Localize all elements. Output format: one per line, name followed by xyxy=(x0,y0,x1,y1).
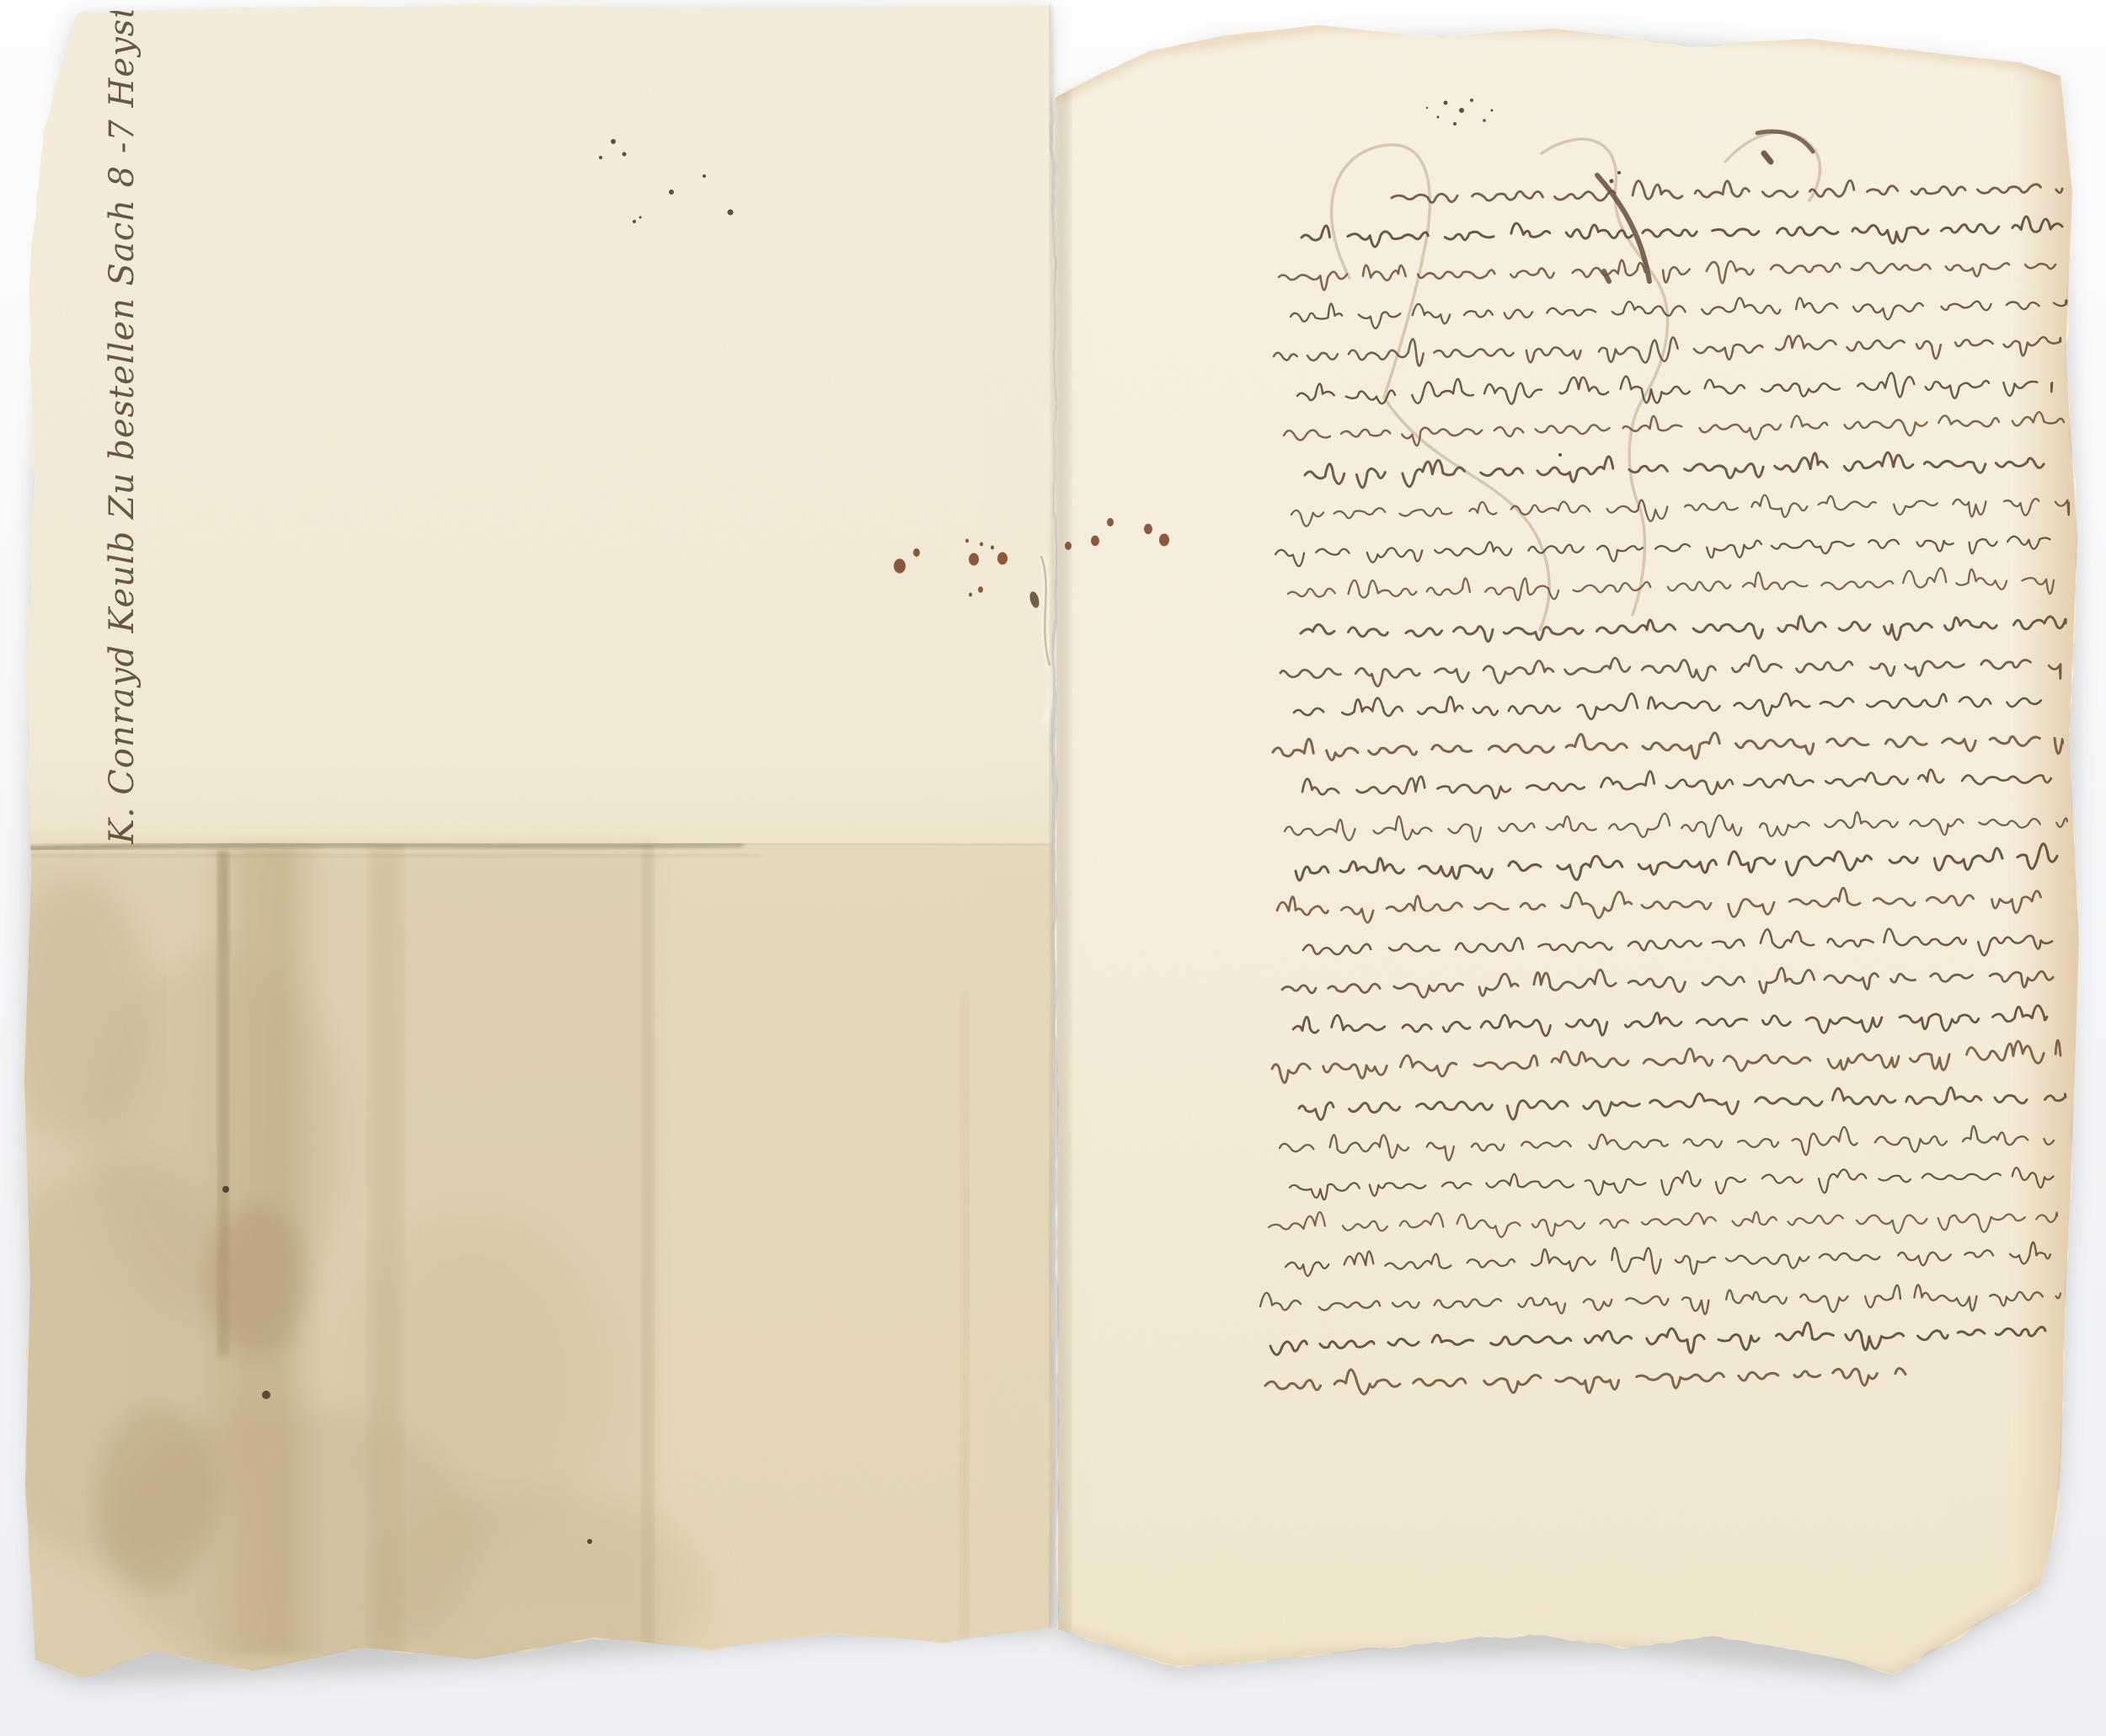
ink-speck xyxy=(728,210,734,216)
ink-drop xyxy=(978,586,983,593)
ink-drop xyxy=(1065,542,1072,550)
ink-drop xyxy=(1107,518,1114,526)
ink-drop xyxy=(894,558,906,574)
ink-drop xyxy=(1144,524,1152,535)
ink-speck xyxy=(639,216,642,219)
ink-speck xyxy=(587,1539,592,1544)
ink-speck xyxy=(1470,99,1473,102)
ink-drop xyxy=(969,553,979,566)
ink-drop xyxy=(965,539,969,543)
manuscript-photo: K. Conrayd Keulb Zu bestellen Sach 8 -7 … xyxy=(0,0,2106,1736)
ink-drop xyxy=(980,542,983,547)
ink-speck xyxy=(623,152,627,157)
right-sheet xyxy=(1045,17,2089,1693)
manuscript-canvas: K. Conrayd Keulb Zu bestellen Sach 8 -7 … xyxy=(0,0,2106,1736)
ink-drop xyxy=(997,553,1008,565)
ink-speck xyxy=(262,1391,270,1399)
stain-area xyxy=(0,846,1057,1693)
ink-drop xyxy=(969,593,972,597)
ink-speck xyxy=(1426,107,1428,109)
ink-speck xyxy=(1617,171,1621,174)
ink-drop xyxy=(1159,534,1169,547)
ink-speck xyxy=(611,139,616,144)
ink-drop xyxy=(913,548,920,557)
ink-speck xyxy=(669,190,674,195)
ink-drop xyxy=(1091,536,1099,547)
ink-speck xyxy=(222,1186,229,1193)
right-paper-grain xyxy=(1045,17,2089,1693)
ink-speck xyxy=(1558,453,1562,457)
ink-speck xyxy=(1483,119,1486,122)
ink-speck xyxy=(1444,101,1448,105)
left-sheet: K. Conrayd Keulb Zu bestellen Sach 8 -7 … xyxy=(0,0,1061,1736)
ink-speck xyxy=(599,156,602,159)
marginalia-vertical-text: K. Conrayd Keulb Zu bestellen Sach 8 -7 … xyxy=(103,4,142,845)
ink-drop xyxy=(991,546,994,550)
ink-speck xyxy=(703,174,706,178)
ink-speck xyxy=(1437,116,1440,119)
ink-speck xyxy=(1453,122,1457,126)
ink-speck xyxy=(1610,179,1614,184)
ink-speck xyxy=(633,220,636,223)
ink-speck xyxy=(1491,110,1494,112)
ink-speck xyxy=(1459,108,1464,113)
